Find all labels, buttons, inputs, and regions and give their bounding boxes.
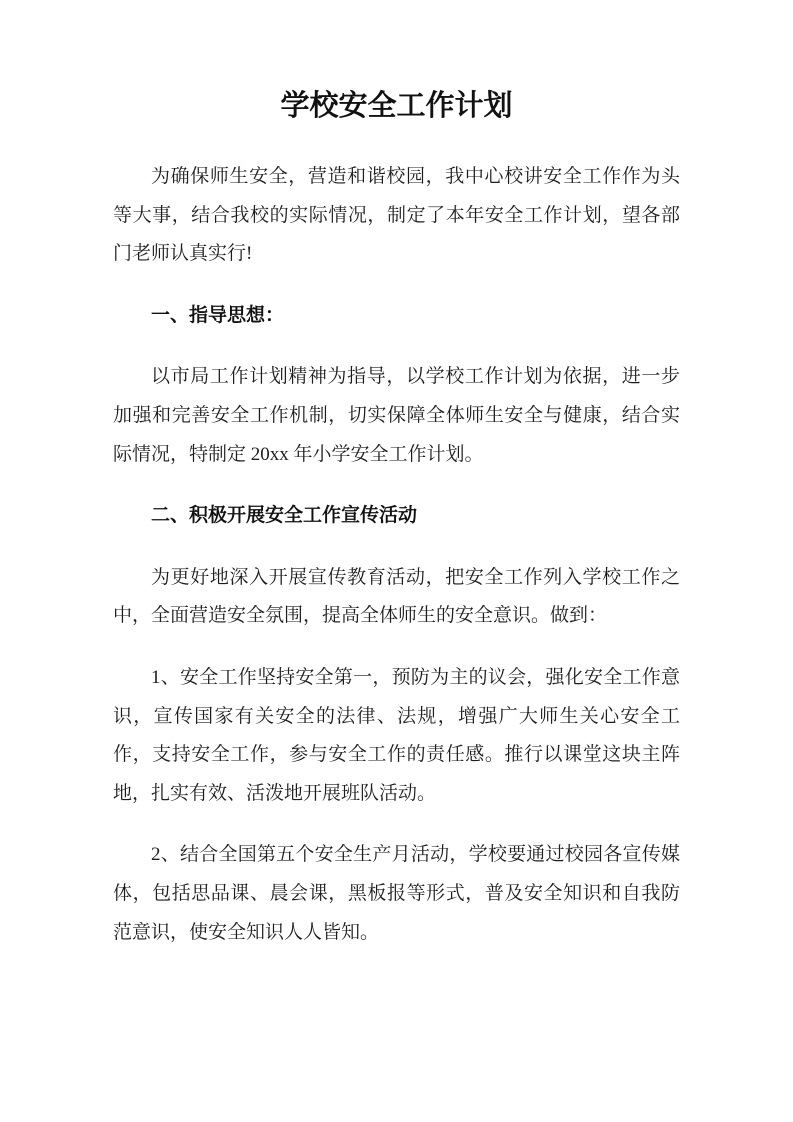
paragraph-guiding-ideology: 以市局工作计划精神为指导，以学校工作计划为依据，进一步加强和完善安全工作机制，切… xyxy=(113,358,680,474)
paragraph-publicity-intro: 为更好地深入开展宣传教育活动，把安全工作列入学校工作之中，全面营造安全氛围，提高… xyxy=(113,559,680,636)
document-page: 学校安全工作计划 为确保师生安全，营造和谐校园，我中心校讲安全工作作为头等大事，… xyxy=(0,0,793,1122)
document-title: 学校安全工作计划 xyxy=(113,84,680,128)
section-heading-1: 一、指导思想： xyxy=(113,297,680,336)
paragraph-item-2: 2、结合全国第五个安全生产月活动，学校要通过校园各宣传媒体，包括思品课、晨会课，… xyxy=(113,836,680,952)
section-heading-2: 二、积极开展安全工作宣传活动 xyxy=(113,497,680,536)
paragraph-intro: 为确保师生安全，营造和谐校园，我中心校讲安全工作作为头等大事，结合我校的实际情况… xyxy=(113,158,680,274)
paragraph-item-1: 1、安全工作坚持安全第一，预防为主的议会，强化安全工作意识，宣传国家有关安全的法… xyxy=(113,659,680,813)
